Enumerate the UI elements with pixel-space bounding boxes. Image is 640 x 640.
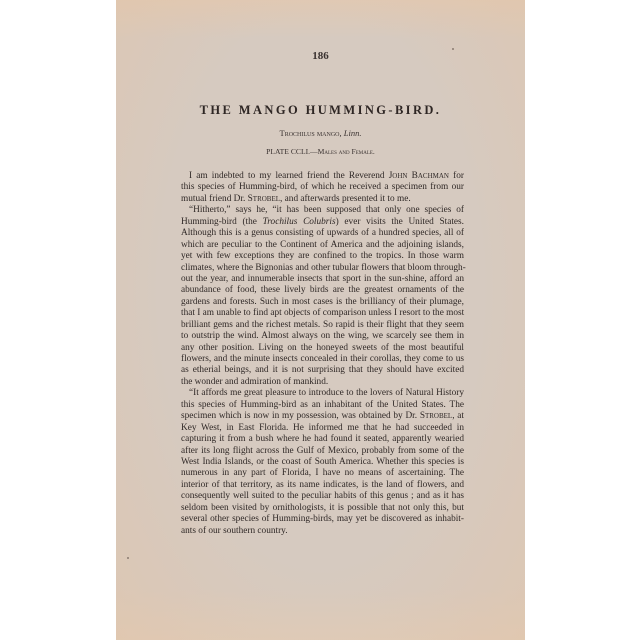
text-line: this species of Humming-bird as an inhab… bbox=[181, 400, 464, 411]
text-line: that I am unable to find apt objects of … bbox=[181, 308, 464, 319]
text-line: I am indebted to my learned friend the R… bbox=[181, 171, 464, 182]
plate-label: PLATE CCLI.— bbox=[266, 147, 317, 156]
text-line: out the year, and innumerable insects th… bbox=[181, 274, 464, 285]
text-line: brilliant gems and the richest metals. S… bbox=[181, 320, 464, 331]
text-line: which are peculiar to the Continent of A… bbox=[181, 240, 464, 251]
text-line: “Hitherto,” says he, “it has been suppos… bbox=[181, 205, 464, 216]
small-caps-name: John Bachman bbox=[389, 171, 449, 181]
text-line: Humming-bird (the Trochilus Colubris) ev… bbox=[181, 217, 464, 228]
species-binomial: Trochilus mango, bbox=[280, 128, 342, 138]
text-line: capturing it from a bush where he had fo… bbox=[181, 434, 464, 445]
text-line: any other position. Living on the honeye… bbox=[181, 343, 464, 354]
text-line: numerous in any part of Florida, I have … bbox=[181, 468, 464, 479]
text-line: interior of that territory, as its name … bbox=[181, 480, 464, 491]
text-line: mutual friend Dr. Strobel, and afterward… bbox=[181, 194, 464, 205]
text-line: the wonder and admiration of mankind. bbox=[181, 377, 464, 388]
plate-subjects: Males and Female. bbox=[318, 147, 375, 156]
text-line: several other species of Humming-birds, … bbox=[181, 514, 464, 525]
species-name: Trochilus mango, Linn. bbox=[116, 128, 525, 138]
text-line: ants of our southern country. bbox=[181, 526, 464, 537]
plate-caption: PLATE CCLI.—Males and Female. bbox=[116, 147, 525, 156]
text-line: specimen which is now in my possession, … bbox=[181, 411, 464, 422]
text-line: after its long flight across the Gulf of… bbox=[181, 446, 464, 457]
paper-speck bbox=[452, 48, 454, 50]
text-line: flowers, and the minute insects conceale… bbox=[181, 354, 464, 365]
paper-speck bbox=[127, 557, 129, 559]
text-line: abundance of food, these lively birds ar… bbox=[181, 285, 464, 296]
text-line: consequently well suited to the peculiar… bbox=[181, 491, 464, 502]
small-caps-name: Strobel bbox=[248, 194, 280, 204]
page-number: 186 bbox=[116, 50, 525, 62]
italic-term: Trochilus Colubris bbox=[263, 217, 336, 227]
text-line: to outstrip the wind. Almost always on t… bbox=[181, 331, 464, 342]
chapter-title: THE MANGO HUMMING-BIRD. bbox=[116, 103, 525, 118]
text-line: gardens and forests. Such in most cases … bbox=[181, 297, 464, 308]
paragraph: “Hitherto,” says he, “it has been suppos… bbox=[181, 205, 464, 388]
species-authority: Linn. bbox=[344, 128, 362, 138]
paragraph: I am indebted to my learned friend the R… bbox=[181, 171, 464, 205]
text-line: Although this is a genus consisting of u… bbox=[181, 228, 464, 239]
text-line: as etherial beings, and it is not surpri… bbox=[181, 365, 464, 376]
text-line: West India Islands, or the coast of Sout… bbox=[181, 457, 464, 468]
text-line: seldom been visited by ornithologists, i… bbox=[181, 503, 464, 514]
text-line: climates, where the Bignonias and other … bbox=[181, 263, 464, 274]
text-line: Key West, in East Florida. He informed m… bbox=[181, 423, 464, 434]
text-line: “It affords me great pleasure to introdu… bbox=[181, 388, 464, 399]
text-line: yet with few exceptions they are confine… bbox=[181, 251, 464, 262]
body-text: I am indebted to my learned friend the R… bbox=[181, 171, 464, 537]
text-line: this species of Humming-bird, of which h… bbox=[181, 182, 464, 193]
small-caps-name: Strobel bbox=[420, 411, 452, 421]
paragraph: “It affords me great pleasure to introdu… bbox=[181, 388, 464, 537]
